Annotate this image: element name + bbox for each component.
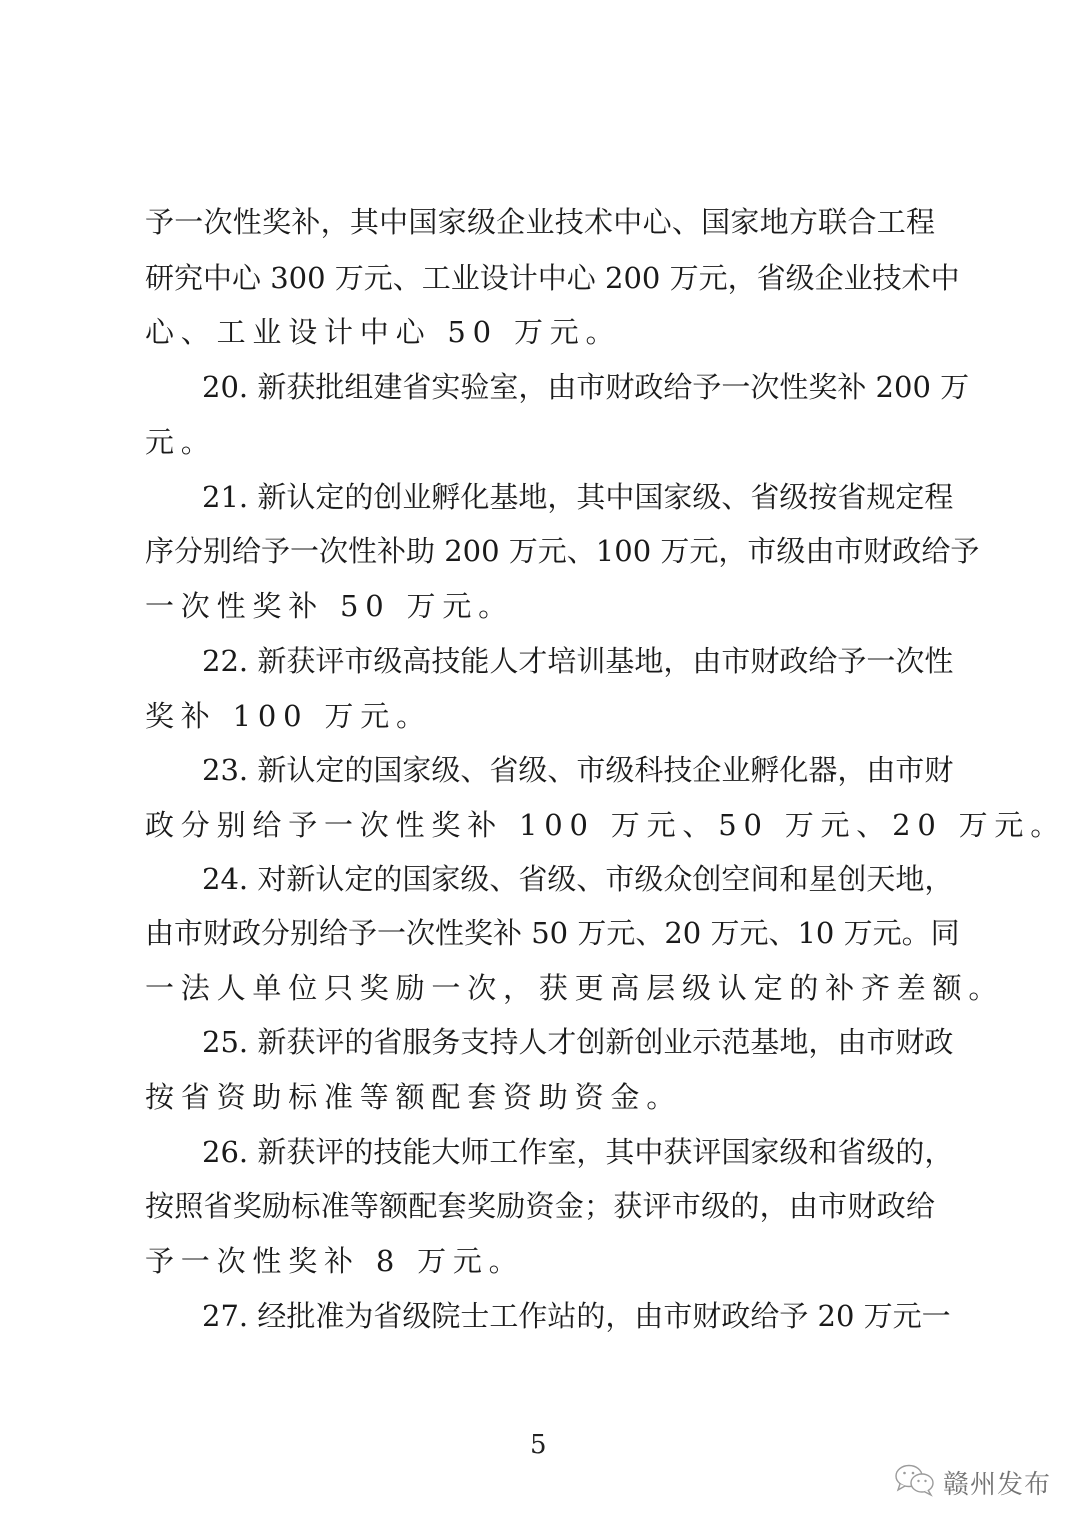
text-line: 26. 新获评的技能大师工作室，其中获评国家级和省级的， xyxy=(202,1132,935,1172)
document-page: 予一次性奖补，其中国家级企业技术中心、国家地方联合工程 研究中心 300 万元、… xyxy=(0,0,1080,1527)
text-line: 奖补 100 万元。 xyxy=(145,696,935,736)
text-line: 27. 经批准为省级院士工作站的，由市财政给予 20 万元一 xyxy=(202,1296,935,1336)
watermark-label: 赣州发布 xyxy=(943,1464,1051,1501)
text-line: 研究中心 300 万元、工业设计中心 200 万元，省级企业技术中 xyxy=(145,258,935,298)
page-number: 5 xyxy=(530,1430,547,1460)
text-line: 22. 新获评市级高技能人才培训基地，由市财政给予一次性 xyxy=(202,641,935,681)
text-line: 24. 对新认定的国家级、省级、市级众创空间和星创天地， xyxy=(202,859,935,899)
text-line: 23. 新认定的国家级、省级、市级科技企业孵化器，由市财 xyxy=(202,750,935,790)
text-line: 按照省奖励标准等额配套奖励资金；获评市级的，由市财政给 xyxy=(145,1186,935,1226)
text-line: 由市财政分别给予一次性奖补 50 万元、20 万元、10 万元。同 xyxy=(145,913,935,953)
text-line: 予一次性奖补 8 万元。 xyxy=(145,1241,935,1281)
text-line: 心、工业设计中心 50 万元。 xyxy=(145,312,935,352)
text-line: 25. 新获评的省服务支持人才创新创业示范基地，由市财政 xyxy=(202,1022,935,1062)
text-line: 20. 新获批组建省实验室，由市财政给予一次性奖补 200 万 xyxy=(202,367,935,407)
text-line: 政分别给予一次性奖补 100 万元、50 万元、20 万元。 xyxy=(145,805,935,845)
text-line: 一法人单位只奖励一次，获更高层级认定的补齐差额。 xyxy=(145,968,935,1008)
text-line: 予一次性奖补，其中国家级企业技术中心、国家地方联合工程 xyxy=(145,202,935,242)
text-line: 一次性奖补 50 万元。 xyxy=(145,586,935,626)
watermark: 赣州发布 xyxy=(893,1462,1051,1502)
text-line: 按省资助标准等额配套资助资金。 xyxy=(145,1077,935,1117)
text-line: 21. 新认定的创业孵化基地，其中国家级、省级按省规定程 xyxy=(202,477,935,517)
text-line: 元。 xyxy=(145,422,935,462)
text-line: 序分别给予一次性补助 200 万元、100 万元，市级由市财政给予 xyxy=(145,531,935,571)
wechat-icon xyxy=(893,1463,937,1501)
